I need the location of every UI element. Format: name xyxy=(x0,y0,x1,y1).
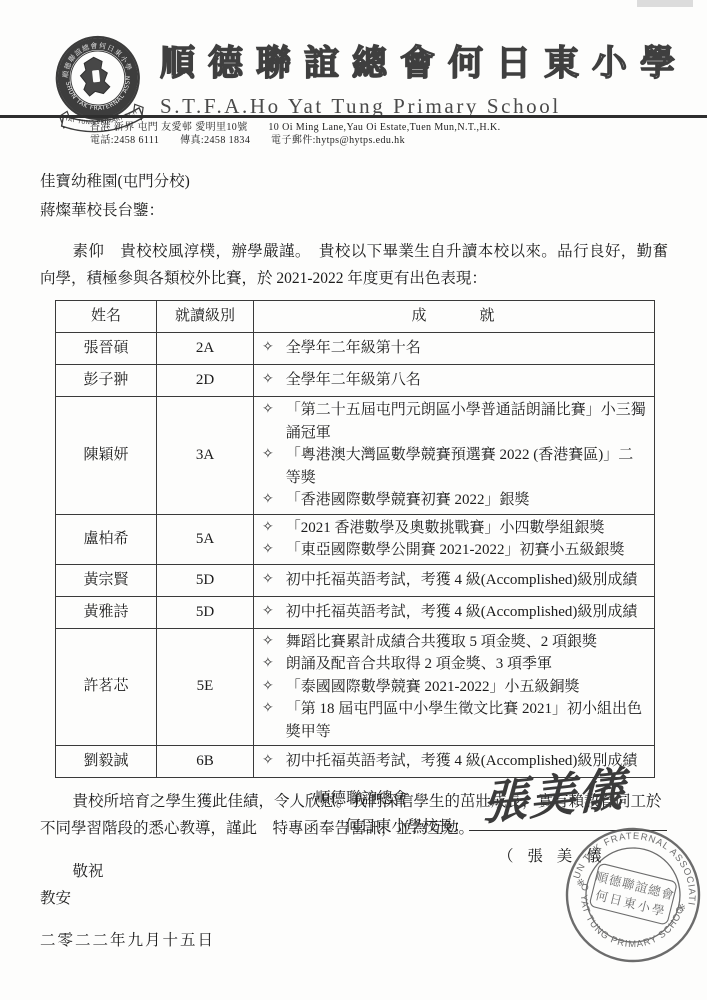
student-class: 2A xyxy=(157,333,254,365)
achievement-text: 全學年二年級第八名 xyxy=(286,369,648,392)
school-seal-stamp: SHUN TAK FRATERNAL ASSOCIATION HO YAT TU… xyxy=(558,812,707,978)
student-class: 5D xyxy=(157,564,254,596)
diamond-bullet-icon: ✧ xyxy=(262,653,274,676)
scan-artifact xyxy=(637,0,693,7)
header-name: 姓名 xyxy=(56,301,157,333)
address-line: 香港 新界 屯門 友愛邨 愛明里10號 10 Oi Ming Lane,Yau … xyxy=(90,121,500,134)
title-block: 順德聯誼總會何日東小學 S.T.F.A.Ho Yat Tung Primary … xyxy=(160,30,688,119)
intro-paragraph: 素仰 貴校校風淳樸，辦學嚴謹。 貴校以下畢業生自升讀本校以來。品行良好，勤奮向學… xyxy=(40,238,668,292)
table-row: 盧柏希 5A ✧「2021 香港數學及奧數挑戰賽」小四數學組銀獎 ✧「東亞國際數… xyxy=(56,514,655,564)
achievement-line: ✧「第二十五屆屯門元朗區小學普通話朗誦比賽」小三獨誦冠軍 xyxy=(260,399,648,444)
achievement-text: 全學年二年級第十名 xyxy=(286,337,648,360)
achievement-line: ✧「香港國際數學競賽初賽 2022」銀獎 xyxy=(260,489,648,512)
achievement-text: 「2021 香港數學及奧數挑戰賽」小四數學組銀獎 xyxy=(286,517,648,540)
student-class: 5E xyxy=(157,628,254,746)
diamond-bullet-icon: ✧ xyxy=(262,399,274,422)
achievement-text: 「粵港澳大灣區數學競賽預選賽 2022 (香港賽區)」二等獎 xyxy=(286,444,648,489)
achievement-text: 舞蹈比賽累計成績合共獲取 5 項金獎、2 項銀獎 xyxy=(286,631,648,654)
achievements-table: 姓名 就讀級別 成 就 張晉碩 2A ✧全學年二年級第十名 彭子翀 2D ✧全學… xyxy=(55,300,655,778)
student-achievements: ✧全學年二年級第八名 xyxy=(254,365,655,397)
phone-fax-email-line: 電話:2458 6111 傳真:2458 1834 電子郵件:hytps@hyt… xyxy=(90,134,500,147)
achievement-line: ✧朗誦及配音合共取得 2 項金獎、3 項季軍 xyxy=(260,653,648,676)
student-achievements: ✧舞蹈比賽累計成績合共獲取 5 項金獎、2 項銀獎 ✧朗誦及配音合共取得 2 項… xyxy=(254,628,655,746)
achievement-line: ✧「粵港澳大灣區數學競賽預選賽 2022 (香港賽區)」二等獎 xyxy=(260,444,648,489)
student-achievements: ✧初中托福英語考試，考獲 4 級(Accomplished)級別成績 xyxy=(254,564,655,596)
student-achievements: ✧「2021 香港數學及奧數挑戰賽」小四數學組銀獎 ✧「東亞國際數學公開賽 20… xyxy=(254,514,655,564)
student-achievements: ✧「第二十五屆屯門元朗區小學普通話朗誦比賽」小三獨誦冠軍 ✧「粵港澳大灣區數學競… xyxy=(254,397,655,515)
contact-block: 香港 新界 屯門 友愛邨 愛明里10號 10 Oi Ming Lane,Yau … xyxy=(90,121,500,147)
achievement-line: ✧「泰國國際數學競賽 2021-2022」小五級銅獎 xyxy=(260,676,648,699)
student-name: 劉毅誠 xyxy=(56,746,157,778)
stamp-star-right: ※ xyxy=(676,902,687,915)
diamond-bullet-icon: ✧ xyxy=(262,369,274,392)
table-row: 陳穎妍 3A ✧「第二十五屆屯門元朗區小學普通話朗誦比賽」小三獨誦冠軍 ✧「粵港… xyxy=(56,397,655,515)
student-class: 2D xyxy=(157,365,254,397)
achievement-text: 「泰國國際數學競賽 2021-2022」小五級銅獎 xyxy=(286,676,648,699)
diamond-bullet-icon: ✧ xyxy=(262,489,274,512)
signature-organization: 順德聯誼總會 xyxy=(315,786,408,808)
achievement-text: 朗誦及配音合共取得 2 項金獎、3 項季軍 xyxy=(286,653,648,676)
diamond-bullet-icon: ✧ xyxy=(262,698,274,721)
table-header-row: 姓名 就讀級別 成 就 xyxy=(56,301,655,333)
achievement-text: 「第二十五屆屯門元朗區小學普通話朗誦比賽」小三獨誦冠軍 xyxy=(286,399,648,444)
table-row: 彭子翀 2D ✧全學年二年級第八名 xyxy=(56,365,655,397)
student-achievements: ✧全學年二年級第十名 xyxy=(254,333,655,365)
header-class: 就讀級別 xyxy=(157,301,254,333)
diamond-bullet-icon: ✧ xyxy=(262,444,274,467)
header-achievement: 成 就 xyxy=(254,301,655,333)
achievement-text: 初中托福英語考試，考獲 4 級(Accomplished)級別成績 xyxy=(286,601,648,624)
diamond-bullet-icon: ✧ xyxy=(262,750,274,773)
letter-date: 二零二二年九月十五日 xyxy=(40,928,215,950)
student-name: 彭子翀 xyxy=(56,365,157,397)
signature-role-label: 何日東小學校長： xyxy=(345,818,469,835)
school-name-chinese: 順德聯誼總會何日東小學 xyxy=(160,36,688,86)
student-class: 3A xyxy=(157,397,254,515)
diamond-bullet-icon: ✧ xyxy=(262,631,274,654)
student-name: 陳穎妍 xyxy=(56,397,157,515)
student-name: 黃雅詩 xyxy=(56,596,157,628)
table-row: 黃雅詩 5D ✧初中托福英語考試，考獲 4 級(Accomplished)級別成… xyxy=(56,596,655,628)
table-row: 許茗芯 5E ✧舞蹈比賽累計成績合共獲取 5 項金獎、2 項銀獎 ✧朗誦及配音合… xyxy=(56,628,655,746)
student-name: 黃宗賢 xyxy=(56,564,157,596)
student-achievements: ✧初中托福英語考試，考獲 4 級(Accomplished)級別成績 xyxy=(254,596,655,628)
achievement-line: ✧初中托福英語考試，考獲 4 級(Accomplished)級別成績 xyxy=(260,569,648,592)
salutation: 蔣燦華校長台鑒： xyxy=(40,197,668,224)
student-name: 許茗芯 xyxy=(56,628,157,746)
student-class: 5D xyxy=(157,596,254,628)
table-row: 黃宗賢 5D ✧初中托福英語考試，考獲 4 級(Accomplished)級別成… xyxy=(56,564,655,596)
achievement-line: ✧「2021 香港數學及奧數挑戰賽」小四數學組銀獎 xyxy=(260,517,648,540)
recipient-name: 佳寶幼稚園(屯門分校) xyxy=(40,168,668,195)
diamond-bullet-icon: ✧ xyxy=(262,676,274,699)
diamond-bullet-icon: ✧ xyxy=(262,517,274,540)
diamond-bullet-icon: ✧ xyxy=(262,539,274,562)
achievement-line: ✧全學年二年級第十名 xyxy=(260,337,648,360)
diamond-bullet-icon: ✧ xyxy=(262,337,274,360)
achievement-line: ✧初中托福英語考試，考獲 4 級(Accomplished)級別成績 xyxy=(260,601,648,624)
achievement-line: ✧全學年二年級第八名 xyxy=(260,369,648,392)
achievement-line: ✧「第 18 屆屯門區中小學生徵文比賽 2021」初小組出色獎甲等 xyxy=(260,698,648,743)
header-divider xyxy=(0,115,707,118)
achievement-text: 「東亞國際數學公開賽 2021-2022」初賽小五級銀獎 xyxy=(286,539,648,562)
student-name: 張晉碩 xyxy=(56,333,157,365)
achievement-line: ✧舞蹈比賽累計成績合共獲取 5 項金獎、2 項銀獎 xyxy=(260,631,648,654)
achievement-text: 初中托福英語考試，考獲 4 級(Accomplished)級別成績 xyxy=(286,569,648,592)
diamond-bullet-icon: ✧ xyxy=(262,601,274,624)
diamond-bullet-icon: ✧ xyxy=(262,569,274,592)
student-class: 5A xyxy=(157,514,254,564)
letter-page: 順德聯誼總會何日東小學 SHUN TAK FRATERNAL ASSN HO Y… xyxy=(0,0,707,1000)
achievement-line: ✧「東亞國際數學公開賽 2021-2022」初賽小五級銀獎 xyxy=(260,539,648,562)
achievement-text: 「香港國際數學競賽初賽 2022」銀獎 xyxy=(286,489,648,512)
table-row: 張晉碩 2A ✧全學年二年級第十名 xyxy=(56,333,655,365)
student-name: 盧柏希 xyxy=(56,514,157,564)
student-class: 6B xyxy=(157,746,254,778)
achievement-text: 「第 18 屆屯門區中小學生徵文比賽 2021」初小組出色獎甲等 xyxy=(286,698,648,743)
